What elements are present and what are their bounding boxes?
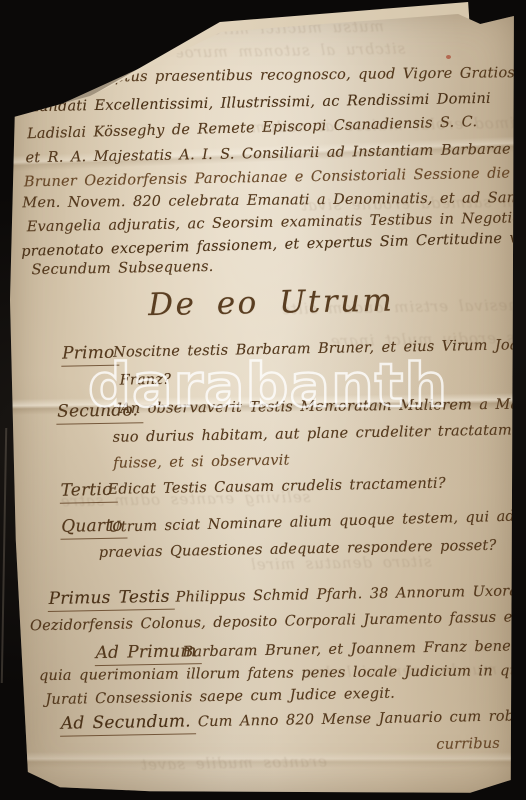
question-2-line-1: An observaverit Testis Memoratam Muliere… <box>120 396 526 418</box>
question-4-line-2: praevias Quaestiones adequate respondere… <box>99 538 497 563</box>
witness-1-line-1: Philippus Schmid Pfarh. 38 Annorum Uxora… <box>175 583 526 607</box>
intro-line-3: Ladislai Kösseghy de Remete Episcopi Csa… <box>27 114 478 144</box>
ad-secundum-line-1: Cum Anno 820 Mense Januario cum roborant… <box>198 707 526 732</box>
ad-secundum-line-2: curribus <box>436 736 500 755</box>
ad-primum-line-1: Barbaram Bruner, et Joannem Franz bene n… <box>182 637 526 661</box>
ad-primum-line-3: Jurati Consessionis saepe cum Judice exe… <box>45 686 395 710</box>
intro-line-9: Secundum Subsequens. <box>31 259 213 280</box>
witness-1-label: Primus Testis <box>47 587 175 613</box>
witness-1-line-2: Oezidorfensis Colonus, deposito Corporal… <box>30 609 526 636</box>
intro-line-6: Men. Novem. 820 celebrata Emanati a Deno… <box>22 189 526 212</box>
handwritten-content: Infrascriptus praesentibus recognosco, q… <box>0 0 526 800</box>
left-sheet-edge <box>1 428 7 683</box>
intro-line-2: Mandati Excellentissimi, Illustrissimi, … <box>24 91 490 117</box>
question-3-line-1: Edicat Testis Causam crudelis tractament… <box>107 476 445 500</box>
question-2-line-2: suo durius habitam, aut plane crudeliter… <box>113 422 513 447</box>
intro-line-1: Infrascriptus praesentibus recognosco, q… <box>50 65 520 87</box>
question-2-line-3: fuisse, et si observavit <box>113 453 290 474</box>
manuscript-page: mutsu mucitcl miratau solte minav sitcbr… <box>0 0 526 800</box>
question-4-line-1: Utrum sciat Nominare alium quoque testem… <box>108 509 515 537</box>
ad-secundum-label: Ad Secundum. <box>60 711 196 737</box>
intro-line-5: Bruner Oezidorfensis Parochianae e Consi… <box>24 165 526 192</box>
intro-line-4: et R. A. Majestatis A. I. S. Consiliarii… <box>25 141 511 167</box>
question-1-line-2: Franz? <box>119 372 171 390</box>
manuscript-photo: mutsu mucitcl miratau solte minav sitcbr… <box>0 0 526 800</box>
question-1-line-1: Noscitne testis Barbaram Bruner, et eius… <box>113 337 526 363</box>
section-heading: De eo Utrum <box>148 286 395 322</box>
question-1-label: Primo <box>61 343 120 367</box>
